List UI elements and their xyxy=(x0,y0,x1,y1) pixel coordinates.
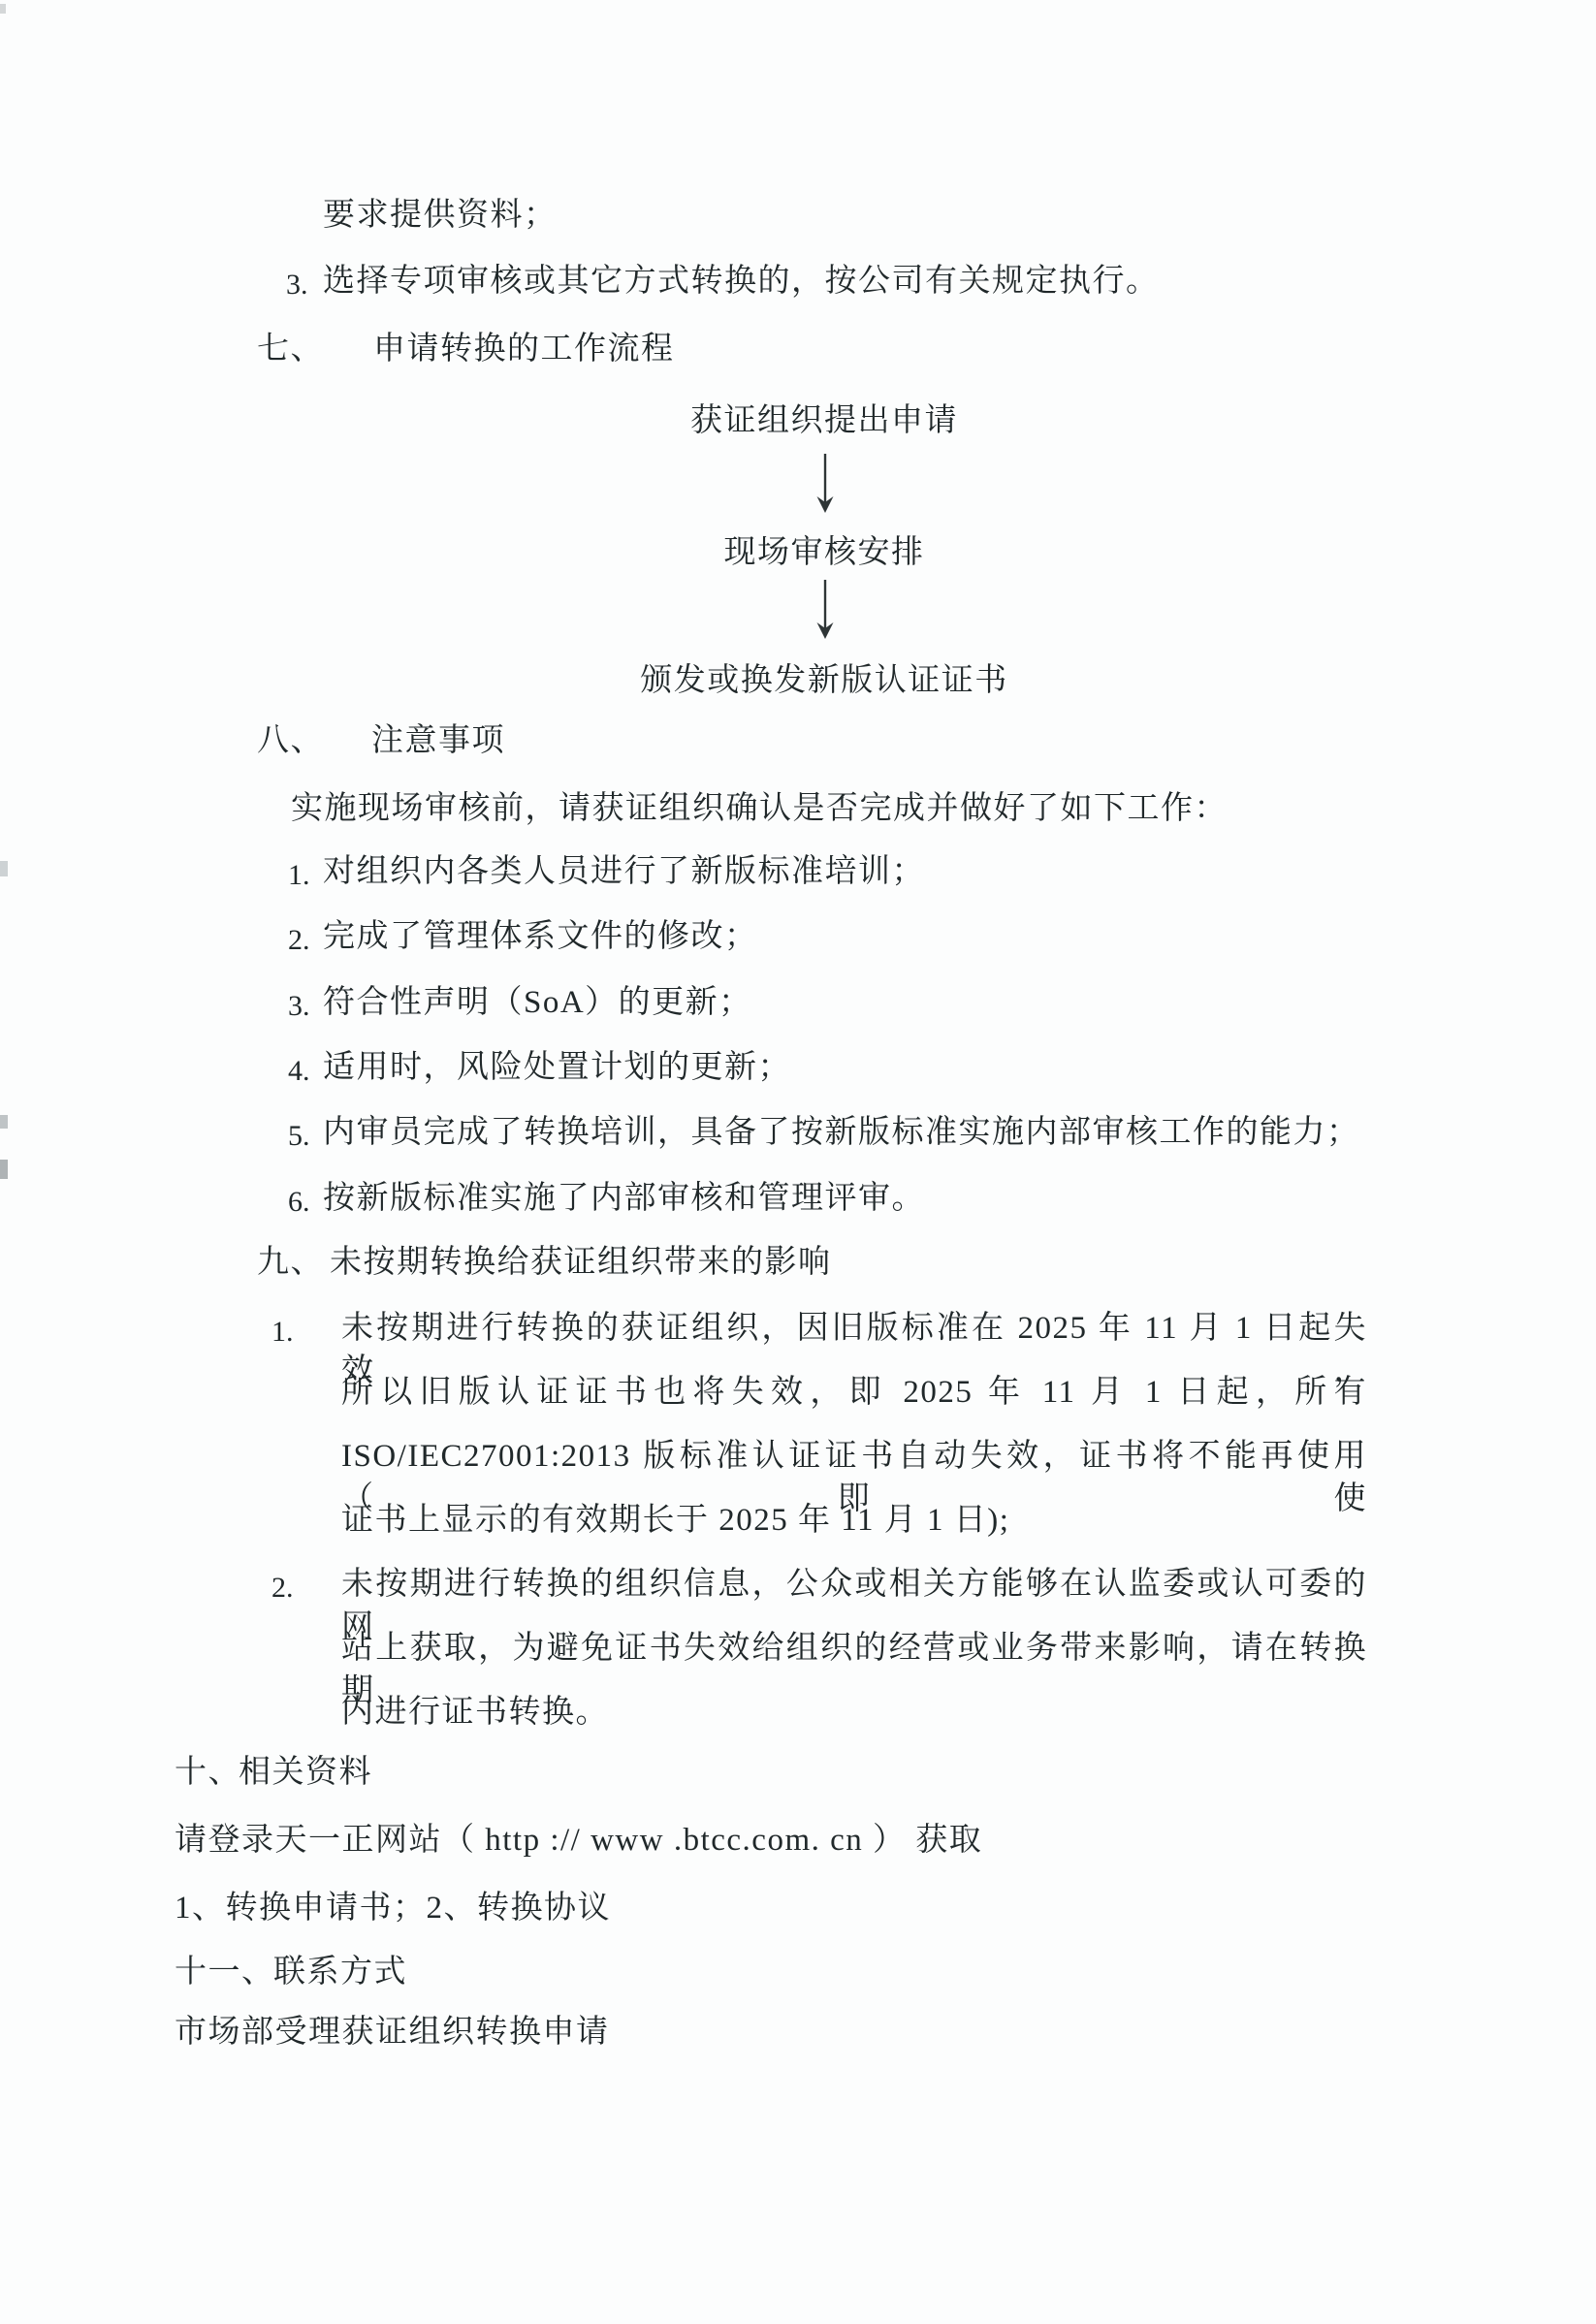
section-8-title: 注意事项 xyxy=(371,719,505,762)
section-7-number: 七、 xyxy=(257,328,324,370)
checklist-item-number: 4. xyxy=(288,1050,310,1093)
continuation-line: 要求提供资料； xyxy=(323,194,558,237)
section-7-title: 申请转换的工作流程 xyxy=(373,328,675,370)
section-8-number: 八、 xyxy=(257,719,324,762)
checklist-item-text: 符合性声明（SoA）的更新； xyxy=(323,981,752,1024)
section-9-number: 九、 xyxy=(257,1241,324,1284)
checklist-item-number: 5. xyxy=(288,1115,310,1158)
scan-artifact xyxy=(0,861,8,876)
checklist-item-number: 1. xyxy=(288,854,310,897)
contact-line: 市场部受理获证组织转换申请 xyxy=(175,2011,610,2053)
impact-item-number: 2. xyxy=(271,1567,294,1609)
flow-step-issue-certificate: 颁发或换发新版认证证书 xyxy=(0,659,1596,702)
section-9-title: 未按期转换给获证组织带来的影响 xyxy=(330,1241,832,1284)
impact-item-line: 所以旧版认证证书也将失效，即 2025 年 11 月 1 日起，所有 xyxy=(341,1371,1367,1414)
checklist-item-number: 3. xyxy=(288,985,310,1028)
checklist-item-text: 按新版标准实施了内部审核和管理评审。 xyxy=(323,1177,925,1220)
list-item-3-number: 3. xyxy=(286,264,308,306)
checklist-item-text: 内审员完成了转换培训，具备了按新版标准实施内部审核工作的能力； xyxy=(323,1111,1360,1154)
section-10-number: 十、 xyxy=(175,1751,241,1794)
checklist-item-text: 对组织内各类人员进行了新版标准培训； xyxy=(323,850,925,893)
down-arrow-icon xyxy=(813,580,838,640)
impact-item-line: 内进行证书转换。 xyxy=(341,1691,609,1734)
scan-artifact xyxy=(0,1160,8,1179)
impact-item-line: 证书上显示的有效期长于 2025 年 11 月 1 日); xyxy=(341,1499,1009,1542)
scan-artifact xyxy=(0,4,6,14)
section-11-number: 十一、 xyxy=(175,1951,275,1993)
checklist-item-text: 适用时，风险处置计划的更新； xyxy=(323,1046,791,1089)
checklist-item-text: 完成了管理体系文件的修改； xyxy=(323,915,758,958)
down-arrow-icon xyxy=(813,454,838,514)
website-line: 请登录天一正网站（ http :// www .btcc.com. cn ） 获… xyxy=(175,1819,982,1862)
scanned-document-page: 要求提供资料； 3. 选择专项审核或其它方式转换的，按公司有关规定执行。 七、 … xyxy=(0,0,1596,2324)
section-11-title: 联系方式 xyxy=(273,1951,407,1993)
impact-item-number: 1. xyxy=(271,1311,294,1353)
checklist-item-number: 2. xyxy=(288,919,310,962)
flow-step-audit-arrangement: 现场审核安排 xyxy=(0,531,1596,574)
scan-artifact xyxy=(0,1115,8,1129)
section-10-title: 相关资料 xyxy=(239,1751,372,1794)
list-item-3-text: 选择专项审核或其它方式转换的，按公司有关规定执行。 xyxy=(323,260,1160,302)
documents-line: 1、转换申请书；2、转换协议 xyxy=(175,1887,611,1929)
checklist-item-number: 6. xyxy=(288,1181,310,1224)
section-8-intro: 实施现场审核前，请获证组织确认是否完成并做好了如下工作： xyxy=(291,787,1228,830)
flow-step-apply: 获证组织提出申请 xyxy=(0,399,1596,442)
